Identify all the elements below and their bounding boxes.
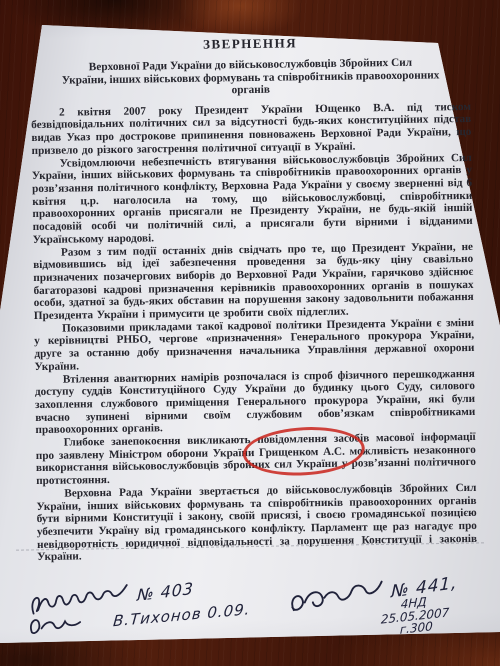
paragraph: Втілення авантюрних намірів розпочалася … [35,367,476,437]
paragraph: Верховна Рада України звертається до вій… [36,482,477,564]
initials-scribble-icon [25,611,85,640]
document-body: 2 квітня 2007 року Президент України Юще… [31,101,477,564]
photo-of-document: ЗВЕРНЕННЯ Верховної Ради України до війс… [0,0,500,666]
paragraph: 2 квітня 2007 року Президент України Юще… [31,101,472,158]
circled-text: Грищенком А.С. [259,445,345,458]
paragraph-with-annotation: Глибоке занепокоєння викликають повідомл… [36,431,477,488]
paragraph: Усвідомлюючи небезпечність втягування ві… [32,152,473,247]
document-content: ЗВЕРНЕННЯ Верховної Ради України до війс… [30,33,477,564]
paragraph: Показовими прикладами такої кадрової пол… [34,317,475,374]
paragraph: Разом з тим події останніх днів свідчать… [33,240,474,322]
circled-name: Грищенком А.С. [259,445,345,458]
